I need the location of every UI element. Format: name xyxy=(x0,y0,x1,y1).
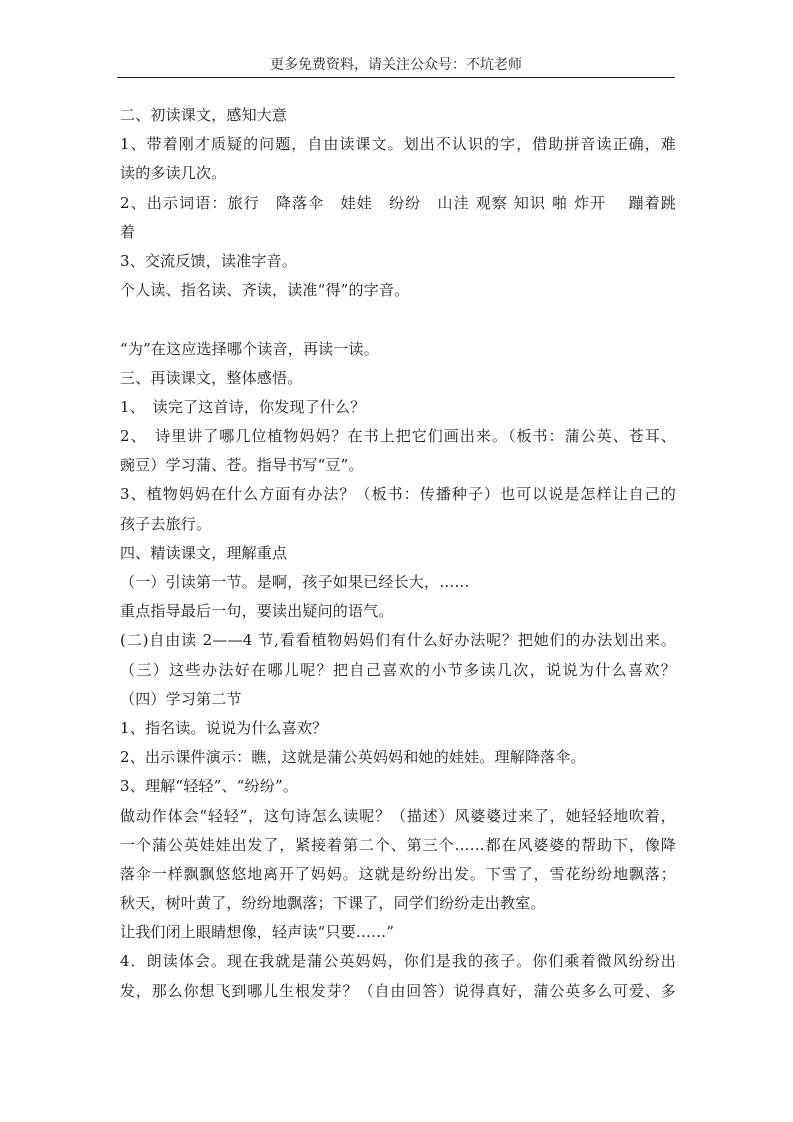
paragraph-line: 让我们闭上眼睛想像，轻声读“只要……” xyxy=(120,918,676,947)
paragraph-line: 1、 读完了这首诗，你发现了什么？ xyxy=(120,393,676,422)
vocabulary-line: 2、出示词语：旅行 降落伞 娃娃 纷纷 山洼 观察 知识 啪 炸开 蹦着跳 xyxy=(120,189,676,218)
paragraph-line: 3、植物妈妈在什么方面有办法？（板书：传播种子）也可以说是怎样让自己的 xyxy=(120,480,676,509)
paragraph-line: 2、 诗里讲了哪几位植物妈妈？在书上把它们画出来。（板书：蒲公英、苍耳、 xyxy=(120,422,676,451)
blank-line xyxy=(120,305,676,334)
paragraph-line: （一）引读第一节。是啊，孩子如果已经长大，…… xyxy=(120,568,676,597)
paragraph-line: (二)自由读 2——4 节,看看植物妈妈们有什么好办法呢？把她们的办法划出来。 xyxy=(120,626,676,655)
paragraph-line: 发，那么你想飞到哪儿生根发芽？（自由回答）说得真好，蒲公英多么可爱、多 xyxy=(120,977,676,1006)
paragraph-line: 读的多读几次。 xyxy=(120,159,676,188)
document-body: 二、初读课文，感知大意 1、带着刚才质疑的问题，自由读课文。划出不认识的字，借助… xyxy=(120,101,676,1006)
header-divider xyxy=(117,77,675,78)
paragraph-line: “为”在这应选择哪个读音，再读一读。 xyxy=(120,335,676,364)
paragraph-line: 秋天，树叶黄了，纷纷地飘落；下课了，同学们纷纷走出教室。 xyxy=(120,889,676,918)
paragraph-line: 3、交流反馈，读准字音。 xyxy=(120,247,676,276)
paragraph-line: 1、带着刚才质疑的问题，自由读课文。划出不认识的字，借助拼音读正确，难 xyxy=(120,130,676,159)
section-heading-3: 三、再读课文，整体感悟。 xyxy=(120,364,676,393)
paragraph-line: 2、出示课件演示：瞧，这就是蒲公英妈妈和她的娃娃。理解降落伞。 xyxy=(120,743,676,772)
section-heading-4: 四、精读课文，理解重点 xyxy=(120,539,676,568)
paragraph-line: 一个蒲公英娃娃出发了，紧接着第二个、第三个……都在风婆婆的帮助下，像降 xyxy=(120,831,676,860)
subsection-heading: （四）学习第二节 xyxy=(120,685,676,714)
paragraph-line: 3、理解“轻轻”、“纷纷”。 xyxy=(120,772,676,801)
paragraph-line: 做动作体会“轻轻”，这句诗怎么读呢？（描述）风婆婆过来了，她轻轻地吹着， xyxy=(120,802,676,831)
paragraph-line: 1、指名读。说说为什么喜欢？ xyxy=(120,714,676,743)
paragraph-line: 重点指导最后一句，要读出疑问的语气。 xyxy=(120,597,676,626)
section-heading-2: 二、初读课文，感知大意 xyxy=(120,101,676,130)
paragraph-line: 4．朗读体会。现在我就是蒲公英妈妈，你们是我的孩子。你们乘着微风纷纷出 xyxy=(120,947,676,976)
paragraph-line: 个人读、指名读、齐读，读准“得”的字音。 xyxy=(120,276,676,305)
paragraph-line: 豌豆）学习蒲、苍。指导书写“豆”。 xyxy=(120,451,676,480)
paragraph-line: 着 xyxy=(120,218,676,247)
paragraph-line: （三）这些办法好在哪儿呢？把自己喜欢的小节多读几次，说说为什么喜欢？ xyxy=(120,656,676,685)
paragraph-line: 孩子去旅行。 xyxy=(120,510,676,539)
page-header: 更多免费资料，请关注公众号：不坑老师 xyxy=(117,56,675,74)
paragraph-line: 落伞一样飘飘悠悠地离开了妈妈。这就是纷纷出发。下雪了，雪花纷纷地飘落； xyxy=(120,860,676,889)
